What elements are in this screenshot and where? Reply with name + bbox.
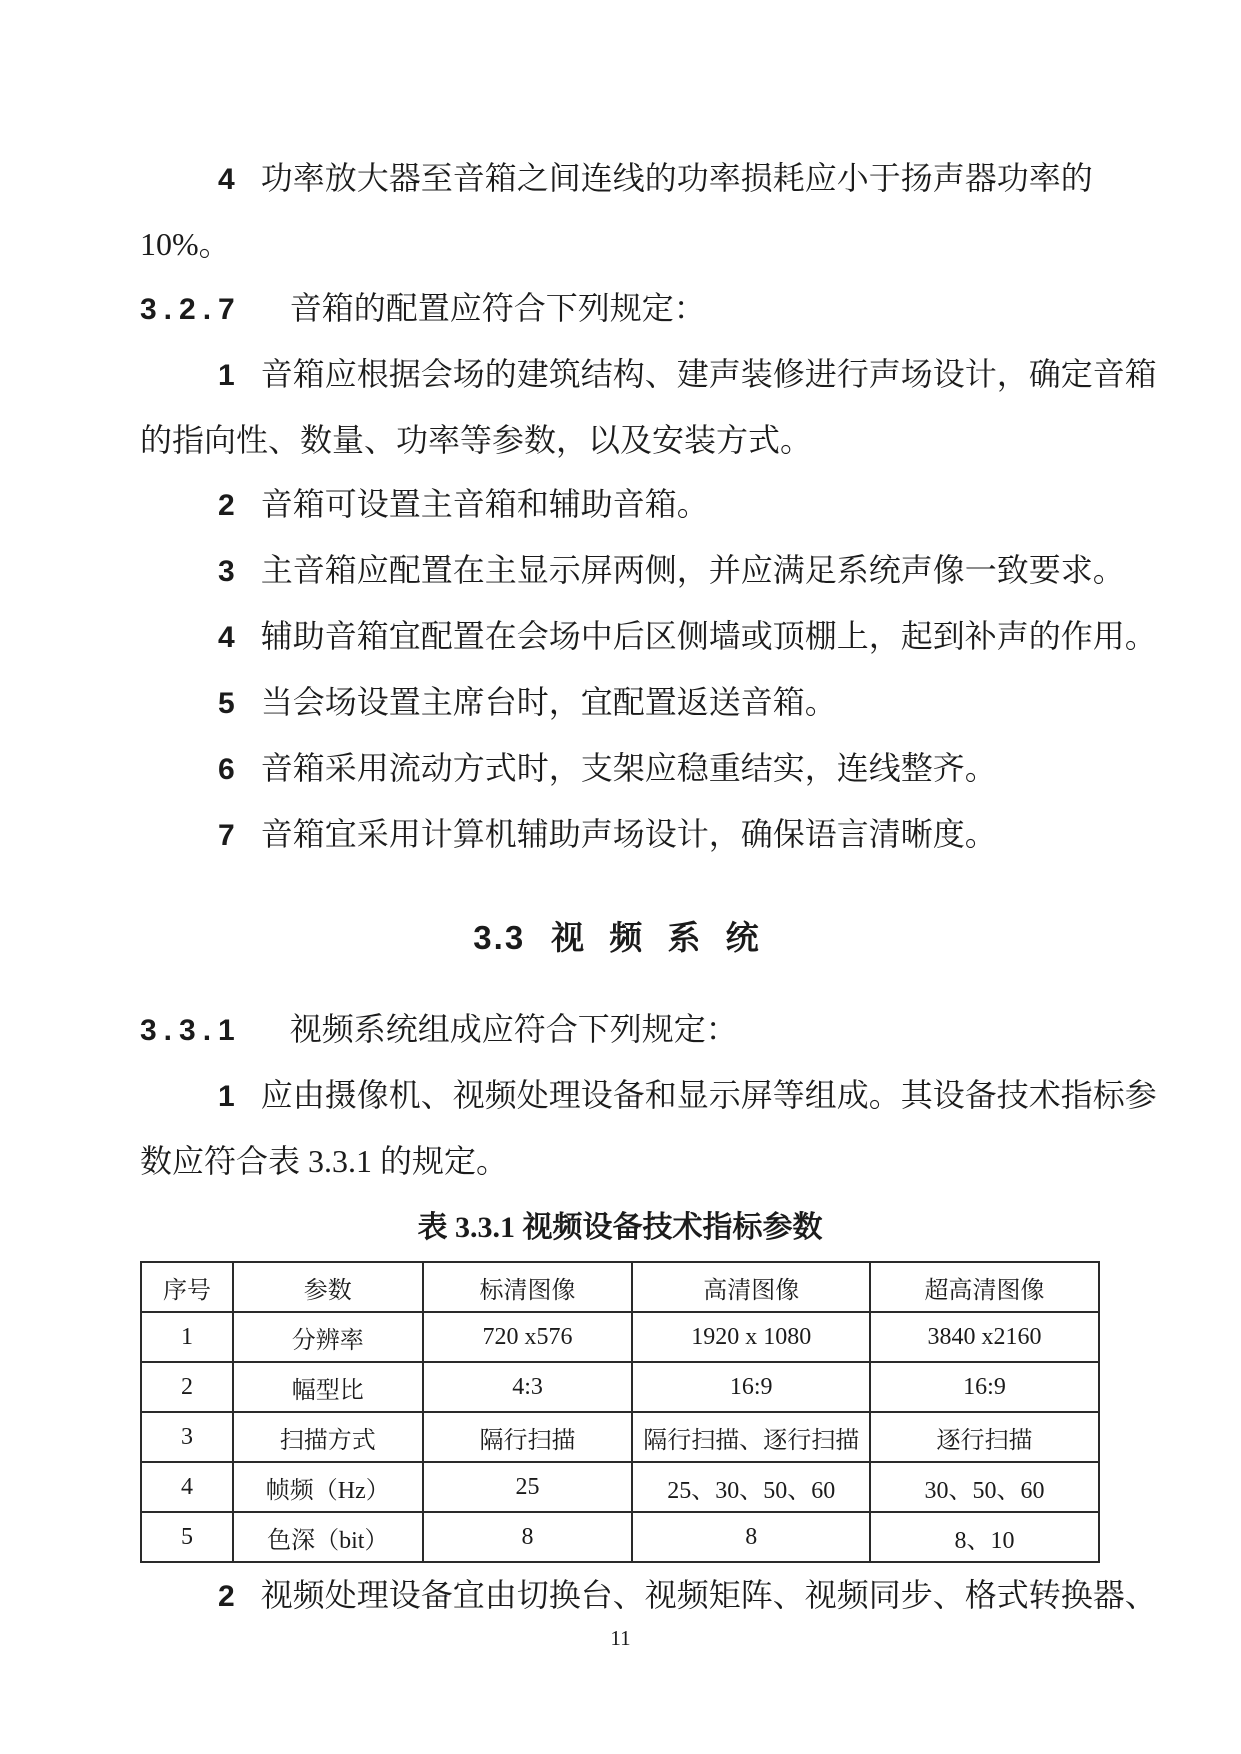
- table-cell: 帧频（Hz）: [233, 1462, 423, 1512]
- table-header-cell: 高清图像: [632, 1262, 870, 1312]
- table-cell: 5: [141, 1512, 233, 1562]
- clause-line: 3.3.1视频系统组成应符合下列规定：: [140, 997, 1100, 1063]
- table-cell: 8、10: [870, 1512, 1099, 1562]
- item-text: 辅助音箱宜配置在会场中后区侧墙或顶棚上，起到补声的作用。: [261, 618, 1157, 654]
- table-row: 1分辨率720 x5761920 x 10803840 x2160: [141, 1312, 1099, 1362]
- clause-number: 3.3.1: [140, 1014, 242, 1047]
- item-text: 视频处理设备宜由切换台、视频矩阵、视频同步、格式转换器、: [261, 1577, 1157, 1613]
- item-text: 音箱应根据会场的建筑结构、建声装修进行声场设计，确定音箱: [261, 356, 1157, 392]
- list-item: 4辅助音箱宜配置在会场中后区侧墙或顶棚上，起到补声的作用。: [140, 604, 1100, 670]
- table-cell: 隔行扫描: [423, 1412, 633, 1462]
- list-item: 7音箱宜采用计算机辅助声场设计，确保语言清晰度。: [140, 802, 1100, 868]
- table-cell: 25、30、50、60: [632, 1462, 870, 1512]
- item-number: 4: [218, 148, 235, 212]
- clause-text: 视频系统组成应符合下列规定：: [290, 1011, 738, 1047]
- clause-text: 音箱的配置应符合下列规定：: [290, 290, 706, 326]
- table-caption: 表 3.3.1 视频设备技术指标参数: [140, 1203, 1100, 1253]
- document-page: 4功率放大器至音箱之间连线的功率损耗应小于扬声器功率的10%。3.2.7音箱的配…: [0, 0, 1241, 1754]
- item-text: 当会场设置主席台时，宜配置返送音箱。: [261, 684, 837, 720]
- table-row: 2幅型比4:316:916:9: [141, 1362, 1099, 1412]
- table-cell: 16:9: [632, 1362, 870, 1412]
- table-row: 4帧频（Hz）2525、30、50、6030、50、60: [141, 1462, 1099, 1512]
- list-item: 4功率放大器至音箱之间连线的功率损耗应小于扬声器功率的: [140, 146, 1100, 212]
- document-body: 4功率放大器至音箱之间连线的功率损耗应小于扬声器功率的10%。3.2.7音箱的配…: [140, 146, 1100, 1629]
- table-cell: 720 x576: [423, 1312, 633, 1362]
- item-number: 2: [218, 1565, 235, 1629]
- table-cell: 30、50、60: [870, 1462, 1099, 1512]
- table-cell: 16:9: [870, 1362, 1099, 1412]
- item-text: 音箱可设置主音箱和辅助音箱。: [261, 486, 709, 522]
- page-number: 11: [0, 1622, 1241, 1654]
- table-cell: 1920 x 1080: [632, 1312, 870, 1362]
- table-row: 5色深（bit）888、10: [141, 1512, 1099, 1562]
- clause-number: 3.2.7: [140, 293, 242, 326]
- table-cell: 8: [632, 1512, 870, 1562]
- table-header-row: 序号参数标清图像高清图像超高清图像: [141, 1262, 1099, 1312]
- item-number: 6: [218, 738, 235, 802]
- item-number: 3: [218, 540, 235, 604]
- spec-table: 序号参数标清图像高清图像超高清图像1分辨率720 x5761920 x 1080…: [140, 1261, 1100, 1563]
- paragraph-line: 的指向性、数量、功率等参数，以及安装方式。: [140, 408, 1100, 472]
- table-cell: 隔行扫描、逐行扫描: [632, 1412, 870, 1462]
- table-cell: 4: [141, 1462, 233, 1512]
- table-header-cell: 参数: [233, 1262, 423, 1312]
- table-cell: 色深（bit）: [233, 1512, 423, 1562]
- list-item: 2视频处理设备宜由切换台、视频矩阵、视频同步、格式转换器、: [140, 1563, 1100, 1629]
- paragraph-line: 10%。: [140, 212, 1100, 276]
- table-cell: 4:3: [423, 1362, 633, 1412]
- table-cell: 3840 x2160: [870, 1312, 1099, 1362]
- list-item: 2音箱可设置主音箱和辅助音箱。: [140, 472, 1100, 538]
- item-text: 主音箱应配置在主显示屏两侧，并应满足系统声像一致要求。: [261, 552, 1125, 588]
- item-text: 应由摄像机、视频处理设备和显示屏等组成。其设备技术指标参: [261, 1077, 1157, 1113]
- list-item: 1音箱应根据会场的建筑结构、建声装修进行声场设计，确定音箱: [140, 342, 1100, 408]
- table-cell: 2: [141, 1362, 233, 1412]
- list-item: 5当会场设置主席台时，宜配置返送音箱。: [140, 670, 1100, 736]
- item-text: 音箱宜采用计算机辅助声场设计，确保语言清晰度。: [261, 816, 997, 852]
- item-number: 7: [218, 804, 235, 868]
- table-cell: 8: [423, 1512, 633, 1562]
- table-cell: 25: [423, 1462, 633, 1512]
- table-cell: 分辨率: [233, 1312, 423, 1362]
- item-number: 1: [218, 1065, 235, 1129]
- table-cell: 1: [141, 1312, 233, 1362]
- table-cell: 幅型比: [233, 1362, 423, 1412]
- table-cell: 扫描方式: [233, 1412, 423, 1462]
- section-title: 视 频 系 统: [551, 919, 767, 956]
- list-item: 1应由摄像机、视频处理设备和显示屏等组成。其设备技术指标参: [140, 1063, 1100, 1129]
- section-number: 3.3: [473, 919, 525, 956]
- item-text: 音箱采用流动方式时，支架应稳重结实，连线整齐。: [261, 750, 997, 786]
- item-number: 2: [218, 474, 235, 538]
- table-row: 3扫描方式隔行扫描隔行扫描、逐行扫描逐行扫描: [141, 1412, 1099, 1462]
- item-text: 功率放大器至音箱之间连线的功率损耗应小于扬声器功率的: [261, 160, 1093, 196]
- item-number: 1: [218, 344, 235, 408]
- item-number: 5: [218, 672, 235, 736]
- list-item: 6音箱采用流动方式时，支架应稳重结实，连线整齐。: [140, 736, 1100, 802]
- table-cell: 3: [141, 1412, 233, 1462]
- table-header-cell: 标清图像: [423, 1262, 633, 1312]
- clause-line: 3.2.7音箱的配置应符合下列规定：: [140, 276, 1100, 342]
- table-header-cell: 超高清图像: [870, 1262, 1099, 1312]
- section-heading: 3.3视 频 系 统: [140, 906, 1100, 970]
- list-item: 3主音箱应配置在主显示屏两侧，并应满足系统声像一致要求。: [140, 538, 1100, 604]
- paragraph-line: 数应符合表 3.3.1 的规定。: [140, 1129, 1100, 1193]
- table-header-cell: 序号: [141, 1262, 233, 1312]
- table-cell: 逐行扫描: [870, 1412, 1099, 1462]
- item-number: 4: [218, 606, 235, 670]
